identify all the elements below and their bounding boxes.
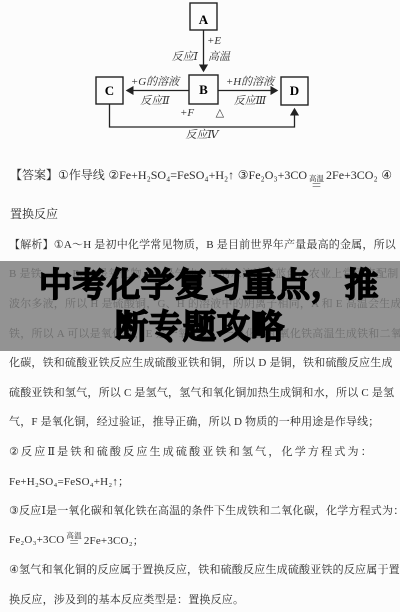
overlay-title-line-2: 断专题攻略	[0, 306, 400, 348]
analysis-equation-line: Fe₂O₃+3CO高温＝2Fe+3CO₂；	[9, 525, 394, 555]
label-reaction-1: 反应Ⅰ	[156, 51, 198, 63]
analysis-line: ②反应Ⅱ是铁和硫酸反应生成硫酸亚铁和氢气，化学方程式为：	[9, 436, 394, 466]
answer-label: 【答案】	[10, 168, 58, 182]
label-reaction-3: 反应Ⅲ	[220, 95, 280, 107]
label-plus-h-solution: +H的溶液	[220, 76, 280, 88]
answer-eq3-right: 2Fe+3CO₂	[326, 168, 378, 182]
analysis-line: ④氢气和氧化铜的反应属于置换反应，铁和硫酸反应生成硫酸亚铁的反应属于置	[9, 555, 394, 585]
analysis-line: 【解析】①A～H 是初中化学常见物质，B 是目前世界年产量最高的金属，所以	[9, 229, 394, 259]
box-d-label: D	[290, 83, 299, 98]
analysis-eq3-right: 2Fe+3CO₂；	[84, 532, 144, 548]
delta-icon: △	[216, 107, 224, 119]
analysis-line: Fe+H₂SO₄=FeSO₄+H₂↑；	[9, 466, 394, 496]
answer-item-3: ③Fe₂O₃+3CO高温＝2Fe+3CO₂	[238, 168, 378, 191]
box-c-label: C	[105, 83, 114, 98]
answer-item-2: ②Fe+H₂SO₄=FeSO₄+H₂↑	[108, 168, 234, 183]
analysis-line: 气，F 是氧化铜，经过验证，推导正确，所以 D 物质的一种用途是作导线；	[9, 407, 394, 437]
label-plus-g-solution: +G的溶液	[123, 76, 187, 88]
label-plus-f: +F	[180, 107, 194, 119]
overlay-title-line-1: 中考化学复习重点，推	[0, 264, 400, 306]
answer-section: 【答案】①作导线 ②Fe+H₂SO₄=FeSO₄+H₂↑ ③Fe₂O₃+3CO高…	[10, 166, 392, 230]
reaction-condition: 高温＝	[66, 532, 81, 548]
label-plus-e: +E	[207, 35, 221, 47]
analysis-line: 换反应，涉及到的基本反应类型是：置换反应。	[9, 584, 394, 612]
answer-part-1: 【答案】①作导线	[10, 166, 105, 183]
analysis-line: 化碳，铁和硫酸亚铁反应生成硫酸亚铁和铜，所以 D 是铜，铁和硫酸反应生成	[9, 347, 394, 377]
answer-eq3-left: ③Fe₂O₃+3CO	[238, 168, 307, 182]
label-reaction-2: 反应Ⅱ	[123, 95, 187, 107]
answer-item-1: ①作导线	[58, 168, 105, 182]
box-a-label: A	[199, 12, 209, 27]
box-b-label: B	[199, 82, 208, 97]
analysis-line: 硫酸亚铁和氢气，所以 C 是氢气，氢气和氧化铜加热生成铜和水，所以 C 是氢	[9, 377, 394, 407]
label-high-temp: 高温	[208, 51, 230, 63]
answer-item-4-num: ④	[381, 168, 392, 183]
reaction-flow-diagram: A B C D +E 反应Ⅰ 高温 +G的溶液 反应Ⅱ +H的溶液 反应Ⅲ +F…	[0, 0, 400, 158]
analysis-line: ③反应Ⅰ是一氧化碳和氧化铁在高温的条件下生成铁和二氧化碳，化学方程式为：	[9, 495, 394, 525]
watermark-overlay: 中考化学复习重点，推 断专题攻略	[0, 261, 400, 351]
document-page: A B C D +E 反应Ⅰ 高温 +G的溶液 反应Ⅱ +H的溶液 反应Ⅲ +F…	[0, 0, 400, 612]
analysis-eq3-left: Fe₂O₃+3CO	[9, 534, 64, 546]
reaction-condition: 高温＝	[309, 175, 324, 191]
label-plus-f-delta: +F △	[150, 107, 254, 119]
equals-sign: ＝	[311, 182, 322, 191]
label-reaction-4: 反应Ⅳ	[150, 129, 254, 141]
equals-sign: ＝	[69, 539, 80, 548]
answer-line-1: 【答案】①作导线 ②Fe+H₂SO₄=FeSO₄+H₂↑ ③Fe₂O₃+3CO高…	[10, 166, 392, 198]
answer-line-2: 置换反应	[10, 198, 392, 230]
